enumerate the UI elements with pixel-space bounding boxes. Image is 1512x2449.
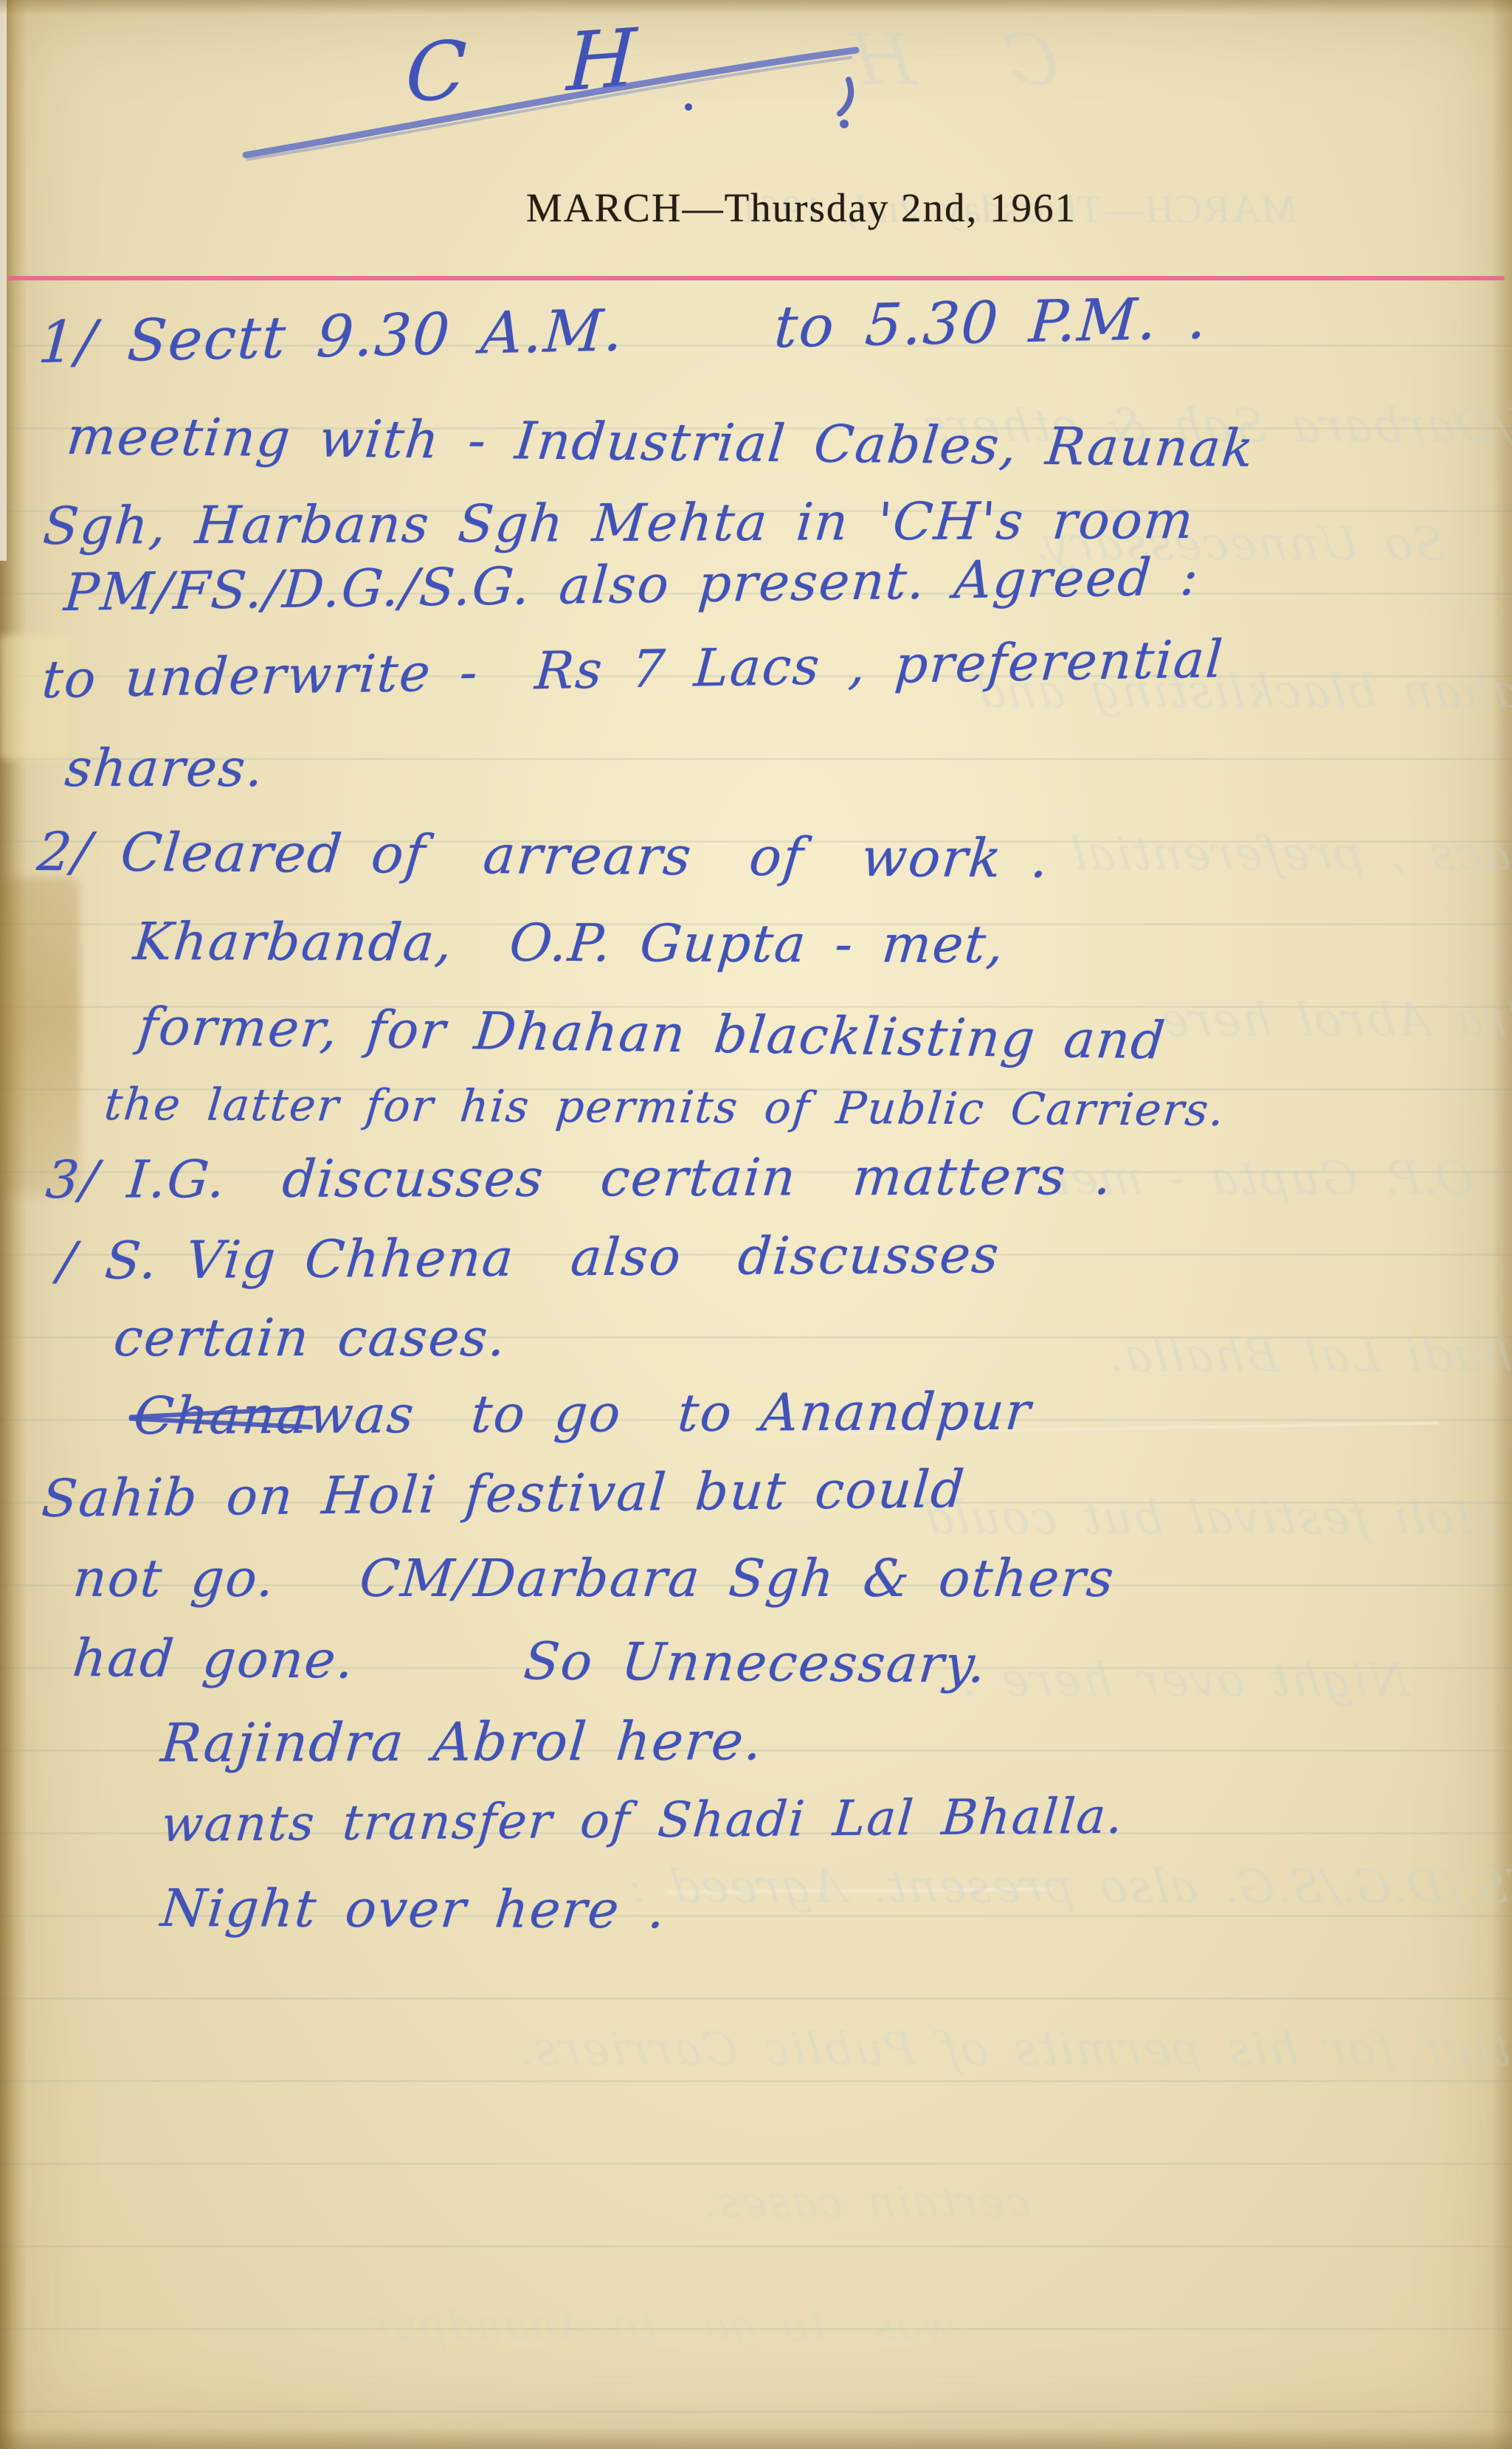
heading-period-dot bbox=[685, 103, 692, 111]
bleed-through-text: Sahib on Holi festival but could bbox=[919, 1491, 1512, 1544]
paper-scratch bbox=[668, 1887, 1052, 1895]
bleed-through-text: wants transfer of Shadi Lal Bhalla. bbox=[1104, 1328, 1512, 1382]
diary-line-15: Sahib on Holi festival but could bbox=[40, 1459, 968, 1529]
bleed-through-text: the latter for his permits of Public Car… bbox=[514, 2022, 1512, 2076]
bleed-through-text: PM/FS./D.G./S.G. also present. Agreed : bbox=[624, 1859, 1512, 1913]
diary-line-13: certain cases. bbox=[111, 1308, 509, 1368]
left-edge-highlight bbox=[0, 0, 7, 561]
diary-line-18: Rajindra Abrol here. bbox=[159, 1710, 766, 1774]
diary-line-11: 3/ I.G. discusses certain matters . bbox=[44, 1146, 1115, 1210]
diary-line-8: Kharbanda, O.P. Gupta - met, bbox=[131, 911, 1008, 975]
diary-line-17: had gone. So Unnecessary. bbox=[70, 1628, 990, 1695]
diary-line-5: to underwrite - Rs 7 Lacs , preferential bbox=[40, 629, 1226, 710]
bleed-through-text: certain cases. bbox=[698, 2177, 1032, 2227]
top-edge-shadow bbox=[0, 0, 1512, 15]
brown-stain bbox=[0, 878, 80, 1195]
bleed-through-text: Night over here . bbox=[956, 1653, 1412, 1707]
diary-line-4: PM/FS./D.G./S.G. also present. Agreed : bbox=[62, 547, 1201, 624]
right-edge-shadow bbox=[1491, 0, 1512, 2449]
handwritten-heading: C H bbox=[404, 10, 671, 121]
struck-word: Chana bbox=[131, 1385, 311, 1446]
pink-rule bbox=[7, 276, 1505, 280]
diary-line-9: former, for Dhahan blacklisting and bbox=[136, 996, 1169, 1071]
diary-line-14: Chanawas to go to Anandpur bbox=[131, 1381, 1034, 1446]
diary-line-1: 1/ Sectt 9.30 A.M. to 5.30 P.M. . bbox=[36, 286, 1210, 376]
diary-line-16: not go. CM/Darbara Sgh & others bbox=[71, 1548, 1117, 1609]
bleed-through-text: Rajindra Abrol here. bbox=[1141, 992, 1512, 1046]
diary-line-19: wants transfer of Shadi Lal Bhalla. bbox=[159, 1788, 1126, 1853]
bleed-through-text: to underwrite - Rs 7 Lacs , preferential bbox=[1067, 826, 1512, 880]
diary-line-14-text: was to go to Anandpur bbox=[306, 1381, 1034, 1445]
diary-line-7: 2/ Cleared of arrears of work . bbox=[35, 821, 1052, 890]
diary-line-20: Night over here . bbox=[159, 1878, 669, 1940]
diary-line-2: meeting with - Industrial Cables, Raunak bbox=[64, 406, 1257, 479]
bleed-through-text: was to go to Anandpur bbox=[367, 2302, 960, 2350]
printed-date-header: MARCH—Thursday 2nd, 1961 bbox=[526, 184, 1077, 231]
diary-line-6: shares. bbox=[63, 738, 267, 798]
diary-line-10: the latter for his permits of Public Car… bbox=[103, 1079, 1228, 1136]
diary-line-12: / S. Vig Chhena also discusses bbox=[55, 1224, 1002, 1291]
bottom-edge-shadow bbox=[0, 2427, 1512, 2449]
diary-page: C H MARCH—Thursday 2nd, 1961 not go. CM/… bbox=[0, 0, 1512, 2449]
diary-line-3: Sgh, Harbans Sgh Mehta in 'CH's room bbox=[41, 490, 1197, 556]
bleed-through-text: C H bbox=[818, 18, 1063, 101]
